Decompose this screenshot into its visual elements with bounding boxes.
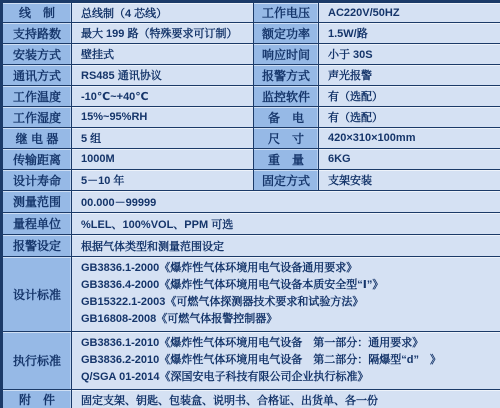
spec-value: 5 组 [72, 128, 254, 149]
spec-label: 工作电压 [254, 2, 319, 23]
table-row: 附 件 固定支架、钥匙、包装盒、说明书、合格证、出货单、各一份 [2, 390, 500, 408]
spec-label: 继 电 器 [2, 128, 72, 149]
spec-value: AC220V/50HZ [319, 2, 500, 23]
spec-value: RS485 通讯协议 [72, 65, 254, 86]
spec-value: 有（选配） [319, 107, 500, 128]
table-row: 设计标准 GB3836.1-2000《爆炸性气体环境用电气设备通用要求》 GB3… [2, 257, 500, 332]
spec-label: 执行标准 [2, 332, 72, 390]
spec-value: 总线制（4 芯线） [72, 2, 254, 23]
spec-label: 量程单位 [2, 213, 72, 235]
table-row: 支持路数 最大 199 路（特殊要求可订制） 额定功率 1.5W/路 [2, 23, 500, 44]
spec-value: 根据气体类型和测量范围设定 [72, 235, 500, 257]
table-row: 线 制 总线制（4 芯线） 工作电压 AC220V/50HZ [2, 2, 500, 23]
table-row: 传输距离 1000M 重 量 6KG [2, 149, 500, 170]
spec-value: %LEL、100%VOL、PPM 可选 [72, 213, 500, 235]
standard-line: GB15322.1-2003《可燃气体探测器技术要求和试验方法》 [81, 294, 500, 311]
spec-label: 工作温度 [2, 86, 72, 107]
table-row: 工作湿度 15%~95%RH 备 电 有（选配） [2, 107, 500, 128]
table-row: 测量范围 00.000－99999 [2, 191, 500, 213]
spec-label: 报警设定 [2, 235, 72, 257]
spec-value: 支架安装 [319, 170, 500, 191]
standard-line: GB3836.4-2000《爆炸性气体环境用电气设备本质安全型“Ⅰ”》 [81, 277, 500, 294]
standard-line: GB3836.1-2010《爆炸性气体环境用电气设备 第一部分：通用要求》 [81, 335, 500, 352]
spec-label: 测量范围 [2, 191, 72, 213]
standard-line: GB3836.2-2010《爆炸性气体环境用电气设备 第二部分：隔爆型“d” 》 [81, 352, 500, 369]
spec-value: 声光报警 [319, 65, 500, 86]
spec-label: 固定方式 [254, 170, 319, 191]
spec-value: 15%~95%RH [72, 107, 254, 128]
table-row: 工作温度 -10℃~+40℃ 监控软件 有（选配） [2, 86, 500, 107]
standard-line: Q/SGA 01-2014《深国安电子科技有限公司企业执行标准》 [81, 369, 500, 386]
standard-line: GB3836.1-2000《爆炸性气体环境用电气设备通用要求》 [81, 260, 500, 277]
table-row: 报警设定 根据气体类型和测量范围设定 [2, 235, 500, 257]
spec-label: 报警方式 [254, 65, 319, 86]
table-row: 设计寿命 5－10 年 固定方式 支架安装 [2, 170, 500, 191]
spec-label: 支持路数 [2, 23, 72, 44]
spec-label: 工作湿度 [2, 107, 72, 128]
table-row: 安装方式 壁挂式 响应时间 小于 30S [2, 44, 500, 65]
standard-line: GB16808-2008《可燃气体报警控制器》 [81, 311, 500, 328]
spec-label: 通讯方式 [2, 65, 72, 86]
spec-label: 额定功率 [254, 23, 319, 44]
spec-label: 附 件 [2, 390, 72, 408]
spec-value: GB3836.1-2000《爆炸性气体环境用电气设备通用要求》 GB3836.4… [72, 257, 500, 332]
spec-label: 尺 寸 [254, 128, 319, 149]
spec-label: 设计寿命 [2, 170, 72, 191]
spec-sheet-page: 线 制 总线制（4 芯线） 工作电压 AC220V/50HZ 支持路数 最大 1… [0, 0, 500, 408]
spec-label: 线 制 [2, 2, 72, 23]
spec-label: 传输距离 [2, 149, 72, 170]
spec-label: 设计标准 [2, 257, 72, 332]
spec-value: 00.000－99999 [72, 191, 500, 213]
table-row: 通讯方式 RS485 通讯协议 报警方式 声光报警 [2, 65, 500, 86]
spec-value: 固定支架、钥匙、包装盒、说明书、合格证、出货单、各一份 [72, 390, 500, 408]
table-row: 执行标准 GB3836.1-2010《爆炸性气体环境用电气设备 第一部分：通用要… [2, 332, 500, 390]
spec-value: 420×310×100mm [319, 128, 500, 149]
spec-value: 5－10 年 [72, 170, 254, 191]
spec-value: -10℃~+40℃ [72, 86, 254, 107]
spec-label: 重 量 [254, 149, 319, 170]
spec-value: 有（选配） [319, 86, 500, 107]
spec-value: 壁挂式 [72, 44, 254, 65]
spec-value: 1000M [72, 149, 254, 170]
spec-label: 备 电 [254, 107, 319, 128]
spec-value: 1.5W/路 [319, 23, 500, 44]
spec-label: 响应时间 [254, 44, 319, 65]
spec-table: 线 制 总线制（4 芯线） 工作电压 AC220V/50HZ 支持路数 最大 1… [0, 0, 500, 408]
table-row: 继 电 器 5 组 尺 寸 420×310×100mm [2, 128, 500, 149]
spec-value: 6KG [319, 149, 500, 170]
spec-label: 安装方式 [2, 44, 72, 65]
spec-value: 最大 199 路（特殊要求可订制） [72, 23, 254, 44]
spec-value: GB3836.1-2010《爆炸性气体环境用电气设备 第一部分：通用要求》 GB… [72, 332, 500, 390]
spec-value: 小于 30S [319, 44, 500, 65]
table-row: 量程单位 %LEL、100%VOL、PPM 可选 [2, 213, 500, 235]
spec-label: 监控软件 [254, 86, 319, 107]
